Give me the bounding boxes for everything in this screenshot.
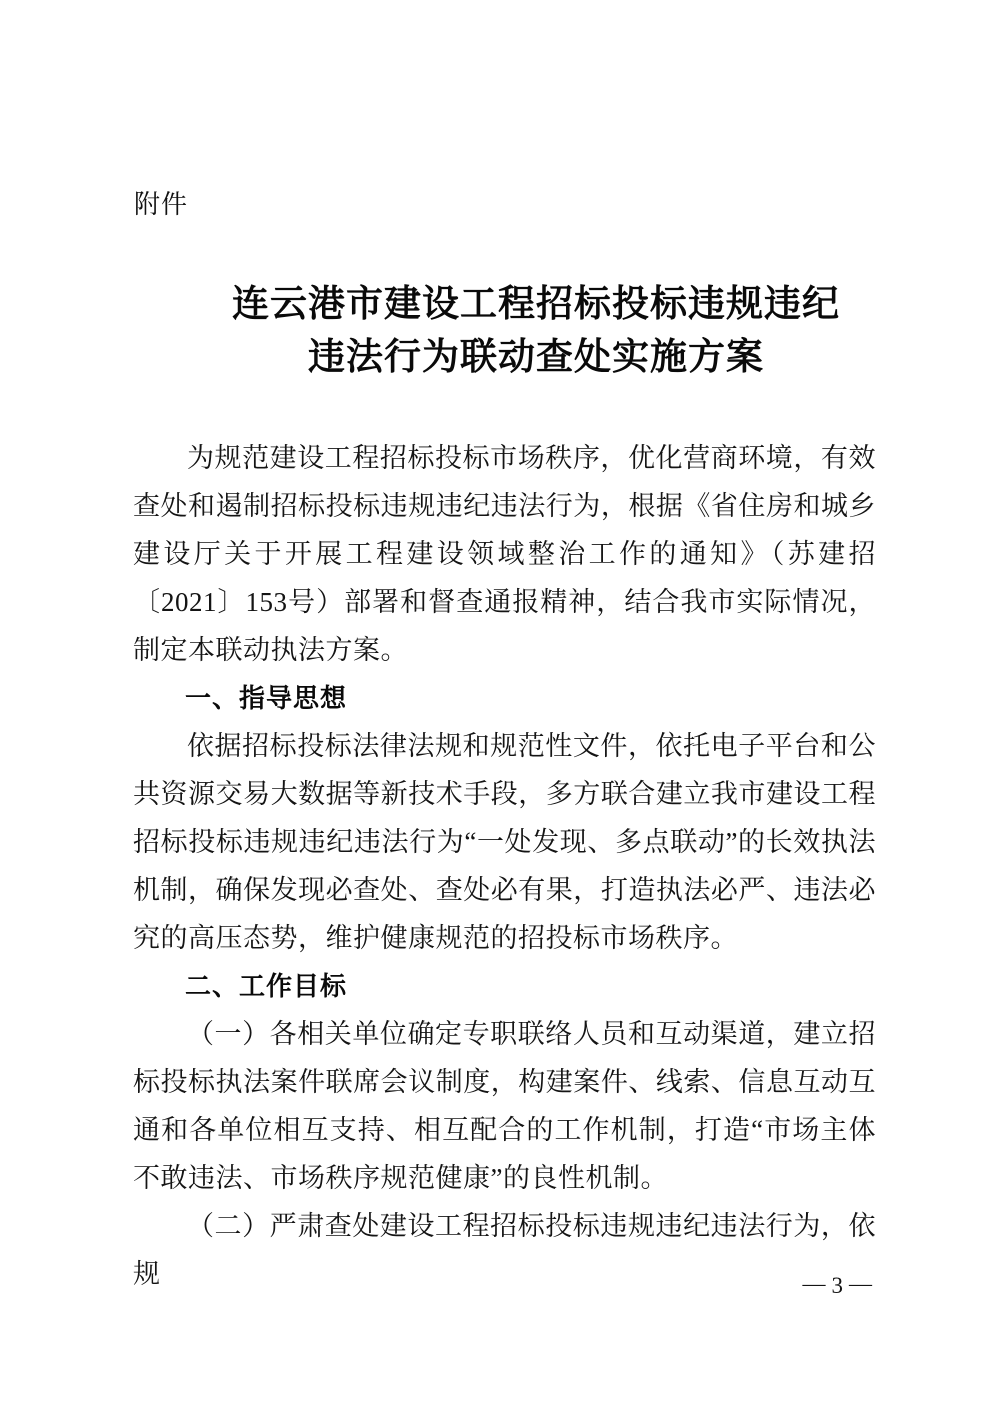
paragraph-guiding-thought: 依据招标投标法律法规和规范性文件，依托电子平台和公共资源交易大数据等新技术手段，…: [133, 722, 876, 962]
document-title-line2: 违法行为联动查处实施方案: [172, 331, 900, 384]
document-body: 为规范建设工程招标投标市场秩序，优化营商环境，有效查处和遏制招标投标违规违纪违法…: [133, 434, 876, 1298]
paragraph-work-goal-1: （一）各相关单位确定专职联络人员和互动渠道，建立招标投标执法案件联席会议制度，构…: [133, 1010, 876, 1202]
page-number: —3—: [797, 1272, 879, 1300]
document-title-line1: 连云港市建设工程招标投标违规违纪: [172, 278, 900, 331]
page-number-dash-right: —: [849, 1270, 872, 1298]
attachment-label: 附件: [134, 188, 188, 220]
page-number-value: 3: [832, 1273, 844, 1298]
section-heading-work-goals: 二、工作目标: [133, 962, 876, 1010]
paragraph-work-goal-2: （二）严肃查处建设工程招标投标违规违纪违法行为，依规: [133, 1202, 876, 1298]
document-title: 连云港市建设工程招标投标违规违纪 违法行为联动查处实施方案: [172, 278, 900, 384]
page-number-dash-left: —: [803, 1270, 826, 1298]
section-heading-guiding-thought: 一、指导思想: [133, 674, 876, 722]
paragraph-intro: 为规范建设工程招标投标市场秩序，优化营商环境，有效查处和遏制招标投标违规违纪违法…: [133, 434, 876, 674]
document-page: 附件 连云港市建设工程招标投标违规违纪 违法行为联动查处实施方案 为规范建设工程…: [0, 0, 1000, 1414]
